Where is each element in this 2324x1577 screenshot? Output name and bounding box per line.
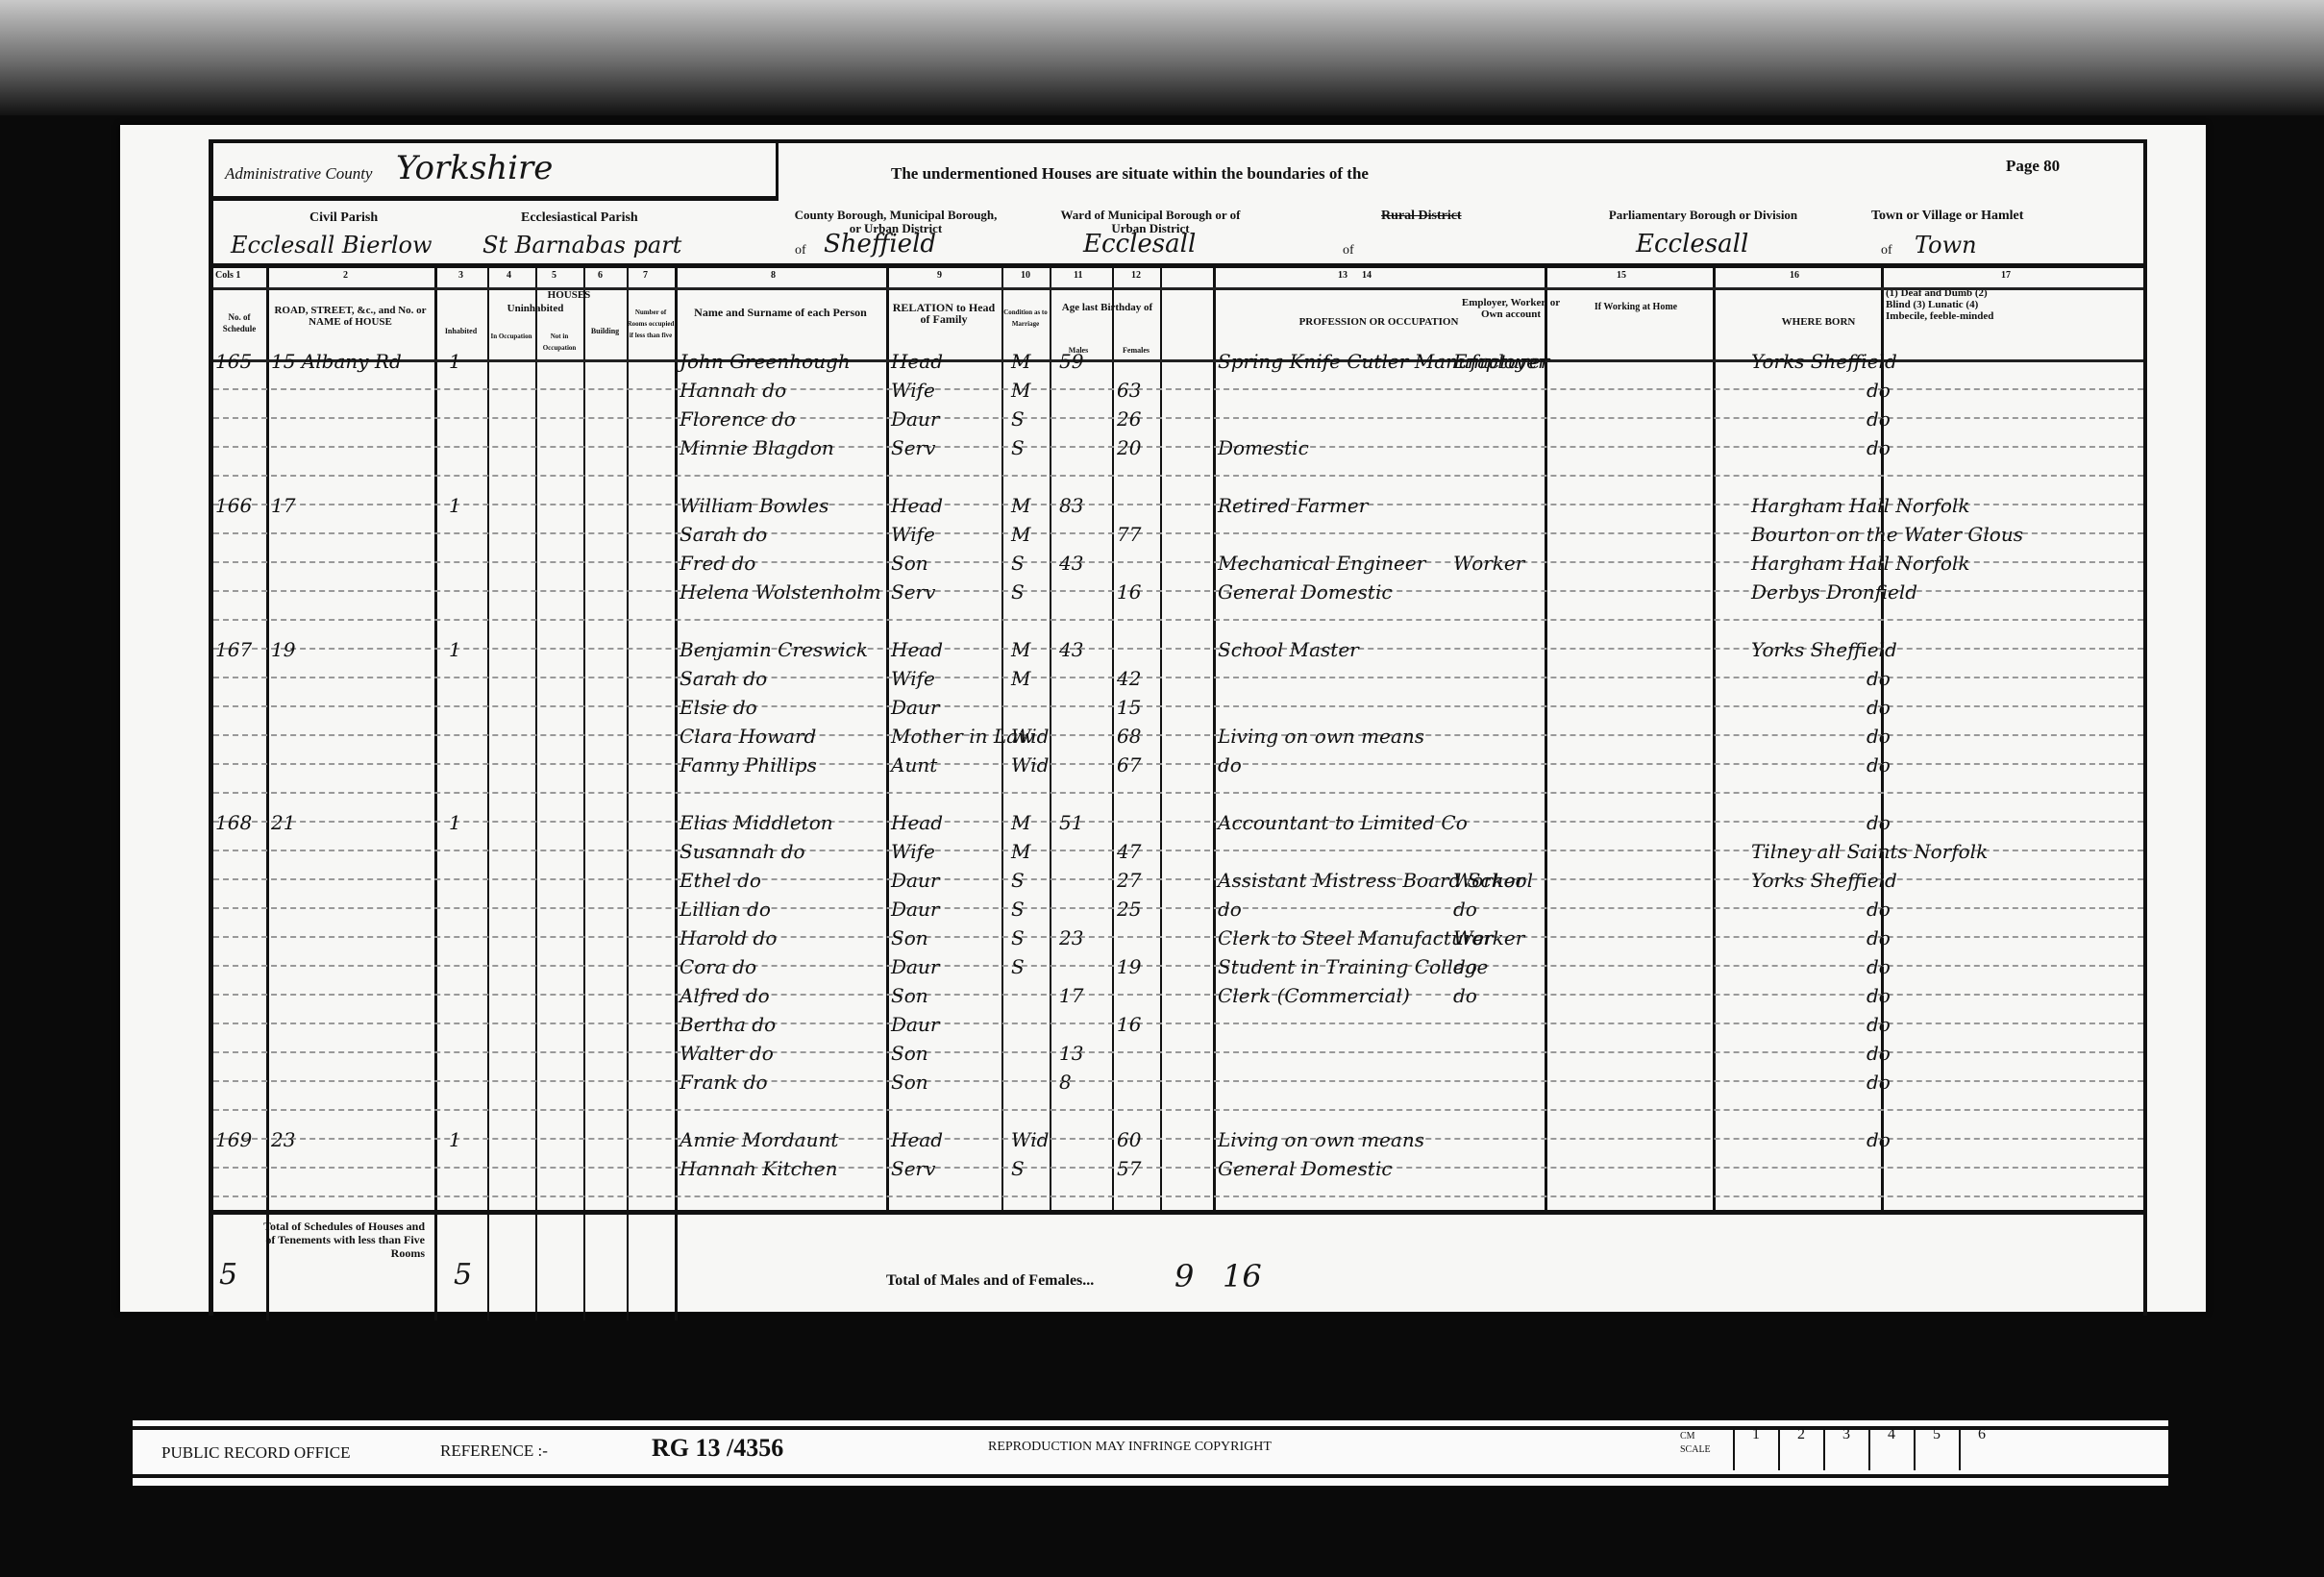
cell-name: Elias Middleton: [680, 811, 833, 834]
cell-name: Ethel do: [680, 869, 761, 892]
cell-name: Sarah do: [680, 667, 767, 690]
cell-condition: S: [1011, 926, 1025, 949]
cell-relation: Head: [891, 811, 943, 834]
cell-inhabited: 1: [449, 1128, 461, 1151]
cell-relation: Wife: [891, 667, 935, 690]
reference-label: REFERENCE :-: [440, 1441, 548, 1461]
column-number: 3: [458, 270, 463, 281]
cell-name: Hannah Kitchen: [680, 1157, 837, 1180]
cell-male-age: 51: [1059, 811, 1083, 834]
cell-schedule: 169: [215, 1128, 252, 1151]
cell-born: do: [1867, 926, 1891, 949]
county-borough-value: Sheffield: [824, 230, 936, 259]
cell-born: do: [1867, 811, 1891, 834]
cell-inhabited: 1: [449, 811, 461, 834]
column-rule: [1050, 268, 1051, 1215]
ruled-line: [213, 1051, 2143, 1053]
cell-name: Clara Howard: [680, 725, 816, 748]
header-rule: [213, 287, 2143, 290]
cell-condition: S: [1011, 552, 1025, 575]
cell-relation: Serv: [891, 1157, 935, 1180]
column-header-in-occupation: In Occupation: [487, 331, 535, 342]
cell-condition: S: [1011, 580, 1025, 604]
cell-occupation: School Master: [1218, 638, 1359, 661]
ruled-line: [213, 792, 2143, 794]
cell-name: Fred do: [680, 552, 755, 575]
scale-mark: 1: [1733, 1426, 1777, 1470]
totals-divider: [213, 1210, 2143, 1215]
ruled-line: [213, 907, 2143, 909]
ruled-line: [213, 417, 2143, 419]
column-rule: [627, 268, 629, 1320]
column-header-condition: Condition as to Marriage: [1001, 307, 1050, 330]
cell-born: do: [1867, 436, 1891, 459]
column-header-age: Age last Birthday of: [1054, 302, 1160, 313]
cell-male-age: 59: [1059, 350, 1083, 373]
cell-name: Lillian do: [680, 898, 771, 921]
cell-relation: Wife: [891, 840, 935, 863]
column-number: 6: [598, 270, 603, 281]
cell-inhabited: 1: [449, 350, 461, 373]
cell-female-age: 60: [1117, 1128, 1141, 1151]
cell-occupation: do: [1218, 898, 1242, 921]
cell-occupation: Accountant to Limited Co: [1218, 811, 1468, 834]
ruled-line: [213, 446, 2143, 448]
cell-relation: Wife: [891, 523, 935, 546]
cell-relation: Son: [891, 552, 928, 575]
total-males: 9: [1174, 1258, 1194, 1294]
cell-relation: Head: [891, 350, 943, 373]
cell-female-age: 47: [1117, 840, 1141, 863]
scale-mark: 6: [1959, 1426, 2003, 1470]
cell-employer: Worker: [1453, 869, 1524, 892]
column-header-inhabited: Inhabited: [434, 326, 487, 337]
column-rule: [886, 268, 889, 1215]
cell-name: Minnie Blagdon: [680, 436, 834, 459]
cell-male-age: 8: [1059, 1071, 1072, 1094]
cell-occupation: do: [1218, 753, 1242, 776]
cell-condition: S: [1011, 898, 1025, 921]
column-rule: [1213, 268, 1216, 1215]
column-header-not-in-occupation: Not in Occupation: [535, 331, 583, 354]
cell-relation: Serv: [891, 436, 935, 459]
cell-born: Yorks Sheffield: [1751, 350, 1897, 373]
column-number: 5: [552, 270, 556, 281]
ruled-line: [213, 936, 2143, 938]
cell-female-age: 19: [1117, 955, 1141, 978]
column-header-where-born: WHERE BORN: [1751, 316, 1886, 328]
cell-male-age: 43: [1059, 552, 1083, 575]
cell-female-age: 68: [1117, 725, 1141, 748]
cell-condition: M: [1011, 638, 1030, 661]
column-header-name: Name and Surname of each Person: [680, 307, 881, 318]
column-rule: [434, 268, 437, 1320]
cell-male-age: 43: [1059, 638, 1083, 661]
cell-occupation: Living on own means: [1218, 1128, 1424, 1151]
cell-born: Bourton on the Water Glous: [1751, 523, 2023, 546]
cell-relation: Daur: [891, 696, 939, 719]
cell-relation: Head: [891, 1128, 943, 1151]
total-houses: 5: [454, 1258, 472, 1292]
cell-female-age: 15: [1117, 696, 1141, 719]
cell-female-age: 42: [1117, 667, 1141, 690]
cell-born: Yorks Sheffield: [1751, 869, 1897, 892]
cell-employer: Worker: [1453, 552, 1524, 575]
total-schedules: 5: [219, 1258, 237, 1292]
cell-relation: Son: [891, 1042, 928, 1065]
cell-occupation: General Domestic: [1218, 1157, 1393, 1180]
cell-born: do: [1867, 898, 1891, 921]
ecclesiastical-parish-label: Ecclesiastical Parish: [521, 210, 638, 226]
cell-name: Sarah do: [680, 523, 767, 546]
scale-mark: 2: [1778, 1426, 1822, 1470]
cell-condition: M: [1011, 667, 1030, 690]
cell-condition: Wid: [1011, 725, 1049, 748]
cell-relation: Son: [891, 1071, 928, 1094]
cell-female-age: 25: [1117, 898, 1141, 921]
census-page: Administrative County Yorkshire The unde…: [120, 125, 2206, 1312]
column-number: Cols 1: [215, 270, 240, 281]
ruled-line: [213, 965, 2143, 967]
ruled-line: [213, 763, 2143, 765]
civil-parish-value: Ecclesall Bierlow: [231, 232, 433, 259]
cell-name: Harold do: [680, 926, 777, 949]
column-rule: [1112, 268, 1114, 1215]
cell-address: 15 Albany Rd: [271, 350, 402, 373]
cell-name: Annie Mordaunt: [680, 1128, 838, 1151]
cell-relation: Head: [891, 638, 943, 661]
cell-occupation: General Domestic: [1218, 580, 1393, 604]
cell-female-age: 27: [1117, 869, 1141, 892]
cell-condition: S: [1011, 436, 1025, 459]
cell-employer: do: [1453, 955, 1477, 978]
cell-employer: Worker: [1453, 926, 1524, 949]
cell-born: do: [1867, 407, 1891, 431]
cell-male-age: 23: [1059, 926, 1083, 949]
column-number: 7: [643, 270, 648, 281]
cell-condition: M: [1011, 840, 1030, 863]
record-office-strip: PUBLIC RECORD OFFICE REFERENCE :- RG 13 …: [133, 1420, 2168, 1486]
cell-address: 19: [271, 638, 295, 661]
cell-male-age: 83: [1059, 494, 1083, 517]
parliamentary-label: Parliamentary Borough or Division: [1607, 209, 1799, 222]
cell-name: Bertha do: [680, 1013, 776, 1036]
cell-name: Cora do: [680, 955, 756, 978]
rural-district-label: Rural District: [1381, 209, 1462, 224]
total-houses-label: Total of Schedules of Houses and of Tene…: [261, 1220, 425, 1260]
cell-female-age: 67: [1117, 753, 1141, 776]
total-persons-label: Total of Males and of Females...: [886, 1272, 1094, 1290]
cell-born: Hargham Hall Norfolk: [1751, 552, 1969, 575]
cell-address: 17: [271, 494, 295, 517]
column-number: 4: [507, 270, 511, 281]
cell-name: John Greenhough: [680, 350, 851, 373]
column-header-females: Females: [1112, 345, 1160, 357]
cell-condition: Wid: [1011, 753, 1049, 776]
cell-name: Hannah do: [680, 379, 786, 402]
cell-female-age: 20: [1117, 436, 1141, 459]
cell-born: do: [1867, 725, 1891, 748]
scale-mark: 4: [1868, 1426, 1913, 1470]
cell-female-age: 77: [1117, 523, 1141, 546]
ruled-line: [213, 734, 2143, 736]
cell-employer: do: [1453, 898, 1477, 921]
ruled-line: [213, 619, 2143, 621]
column-number: 11: [1074, 270, 1082, 281]
cell-condition: S: [1011, 869, 1025, 892]
scale-mark: 3: [1823, 1426, 1867, 1470]
town-label: Town or Village or Hamlet: [1871, 209, 2023, 224]
parliamentary-value: Ecclesall: [1636, 230, 1748, 259]
cell-occupation: Clerk (Commercial): [1218, 984, 1410, 1007]
cell-born: do: [1867, 753, 1891, 776]
ward-value: Ecclesall: [1083, 230, 1196, 259]
cell-relation: Daur: [891, 407, 939, 431]
cell-born: do: [1867, 1128, 1891, 1151]
cell-schedule: 167: [215, 638, 252, 661]
column-number: 15: [1617, 270, 1626, 281]
cell-relation: Daur: [891, 1013, 939, 1036]
record-office-name: PUBLIC RECORD OFFICE: [161, 1443, 350, 1463]
cell-female-age: 63: [1117, 379, 1141, 402]
column-header-schedule: No. of Schedule: [215, 311, 263, 334]
total-females: 16: [1223, 1258, 1262, 1294]
ruled-line: [213, 1023, 2143, 1024]
header-divider: [213, 263, 2143, 268]
column-header-rooms: Number of Rooms occupied if less than fi…: [627, 307, 675, 341]
cell-occupation: Living on own means: [1218, 725, 1424, 748]
cell-born: do: [1867, 984, 1891, 1007]
ruled-line: [213, 705, 2143, 707]
column-rule: [487, 268, 489, 1320]
cell-male-age: 13: [1059, 1042, 1083, 1065]
cell-condition: M: [1011, 811, 1030, 834]
column-number: 12: [1131, 270, 1141, 281]
cell-condition: M: [1011, 350, 1030, 373]
cell-occupation: Clerk to Steel Manufacturer: [1218, 926, 1494, 949]
column-rule: [583, 268, 585, 1320]
cell-female-age: 16: [1117, 580, 1141, 604]
column-header-infirmity: (1) Deaf and Dumb (2) Blind (3) Lunatic …: [1886, 287, 2006, 322]
cell-condition: M: [1011, 523, 1030, 546]
reference-number: RG 13 /4356: [652, 1434, 783, 1463]
census-frame: Administrative County Yorkshire The unde…: [209, 139, 2147, 1316]
cell-born: Yorks Sheffield: [1751, 638, 1897, 661]
cell-born: do: [1867, 1042, 1891, 1065]
column-number: 10: [1021, 270, 1030, 281]
cell-relation: Daur: [891, 955, 939, 978]
cell-name: Susannah do: [680, 840, 805, 863]
boundary-statement: The undermentioned Houses are situate wi…: [891, 164, 1369, 184]
column-number: 17: [2001, 270, 2011, 281]
cell-inhabited: 1: [449, 638, 461, 661]
cell-address: 21: [271, 811, 295, 834]
cell-name: Florence do: [680, 407, 796, 431]
cell-male-age: 17: [1059, 984, 1083, 1007]
cell-name: Elsie do: [680, 696, 757, 719]
cell-condition: S: [1011, 955, 1025, 978]
cell-name: William Bowles: [680, 494, 828, 517]
cell-relation: Aunt: [891, 753, 937, 776]
cell-born: do: [1867, 1071, 1891, 1094]
cell-name: Helena Wolstenholm: [680, 580, 881, 604]
ruled-line: [213, 677, 2143, 678]
cell-name: Benjamin Creswick: [680, 638, 868, 661]
column-rule: [675, 268, 678, 1320]
cell-female-age: 16: [1117, 1013, 1141, 1036]
column-header-houses: HOUSES: [531, 289, 607, 301]
cell-occupation: Mechanical Engineer: [1218, 552, 1425, 575]
ruled-line: [213, 994, 2143, 996]
ruled-line: [213, 388, 2143, 390]
cell-relation: Serv: [891, 580, 935, 604]
cell-born: do: [1867, 667, 1891, 690]
column-header-relation: RELATION to Head of Family: [891, 302, 997, 325]
cell-relation: Daur: [891, 869, 939, 892]
ruled-line: [213, 1080, 2143, 1082]
cell-inhabited: 1: [449, 494, 461, 517]
cell-occupation: Retired Farmer: [1218, 494, 1368, 517]
cell-relation: Son: [891, 926, 928, 949]
column-number: 13: [1338, 270, 1347, 281]
column-number: 16: [1790, 270, 1799, 281]
cell-relation: Head: [891, 494, 943, 517]
cm-scale-label: CM SCALE: [1680, 1430, 1723, 1457]
civil-parish-label: Civil Parish: [309, 210, 378, 226]
ruled-line: [213, 1195, 2143, 1197]
cell-condition: S: [1011, 1157, 1025, 1180]
cell-name: Walter do: [680, 1042, 774, 1065]
cell-occupation: Domestic: [1218, 436, 1309, 459]
cell-born: do: [1867, 696, 1891, 719]
ruled-line: [213, 821, 2143, 823]
cell-born: do: [1867, 379, 1891, 402]
cell-relation: Daur: [891, 898, 939, 921]
copyright-notice: REPRODUCTION MAY INFRINGE COPYRIGHT: [988, 1440, 1272, 1455]
cell-schedule: 165: [215, 350, 252, 373]
column-header-at-home: If Working at Home: [1578, 302, 1694, 313]
cell-condition: M: [1011, 379, 1030, 402]
ruled-line: [213, 1167, 2143, 1169]
cell-condition: Wid: [1011, 1128, 1049, 1151]
cell-born: Tilney all Saints Norfolk: [1751, 840, 1988, 863]
column-rule: [1160, 268, 1162, 1215]
cell-schedule: 166: [215, 494, 252, 517]
admin-county-value: Yorkshire: [396, 149, 553, 187]
column-rule: [266, 268, 269, 1320]
scale-mark: 5: [1914, 1426, 1958, 1470]
page-number: Page 80: [2006, 157, 2060, 176]
town-value: Town: [1915, 232, 1977, 259]
ruled-line: [213, 1109, 2143, 1111]
cell-born: Derbys Dronfield: [1751, 580, 1917, 604]
cell-relation: Wife: [891, 379, 935, 402]
admin-county-label: Administrative County: [225, 164, 372, 184]
column-header-road: ROAD, STREET, &c., and No. or NAME of HO…: [271, 305, 430, 328]
ruled-line: [213, 1138, 2143, 1140]
cell-name: Alfred do: [680, 984, 770, 1007]
cell-occupation: Student in Training College: [1218, 955, 1488, 978]
column-header-employer: Employer, Worker, or Own account: [1453, 297, 1569, 320]
ruled-line: [213, 475, 2143, 477]
admin-county-box: Administrative County Yorkshire: [213, 143, 779, 201]
cell-name: Frank do: [680, 1071, 768, 1094]
column-number: 2: [343, 270, 348, 281]
ecclesiastical-parish-value: St Barnabas part: [482, 232, 681, 259]
cell-employer: do: [1453, 984, 1477, 1007]
cell-born: Hargham Hall Norfolk: [1751, 494, 1969, 517]
column-number: 14: [1362, 270, 1372, 281]
cell-female-age: 57: [1117, 1157, 1141, 1180]
column-rule: [1713, 268, 1716, 1215]
cell-born: do: [1867, 955, 1891, 978]
cell-female-age: 26: [1117, 407, 1141, 431]
cell-relation: Son: [891, 984, 928, 1007]
column-header-building: Building: [583, 326, 627, 337]
cell-address: 23: [271, 1128, 295, 1151]
column-number: 8: [771, 270, 776, 281]
cell-born: do: [1867, 1013, 1891, 1036]
cell-employer: Employer: [1453, 350, 1547, 373]
column-number: 9: [937, 270, 942, 281]
cell-condition: M: [1011, 494, 1030, 517]
cell-condition: S: [1011, 407, 1025, 431]
column-rule: [535, 268, 537, 1320]
scan-top-border: [0, 0, 2324, 115]
cell-name: Fanny Phillips: [680, 753, 817, 776]
column-rule: [1545, 268, 1547, 1215]
cell-schedule: 168: [215, 811, 252, 834]
